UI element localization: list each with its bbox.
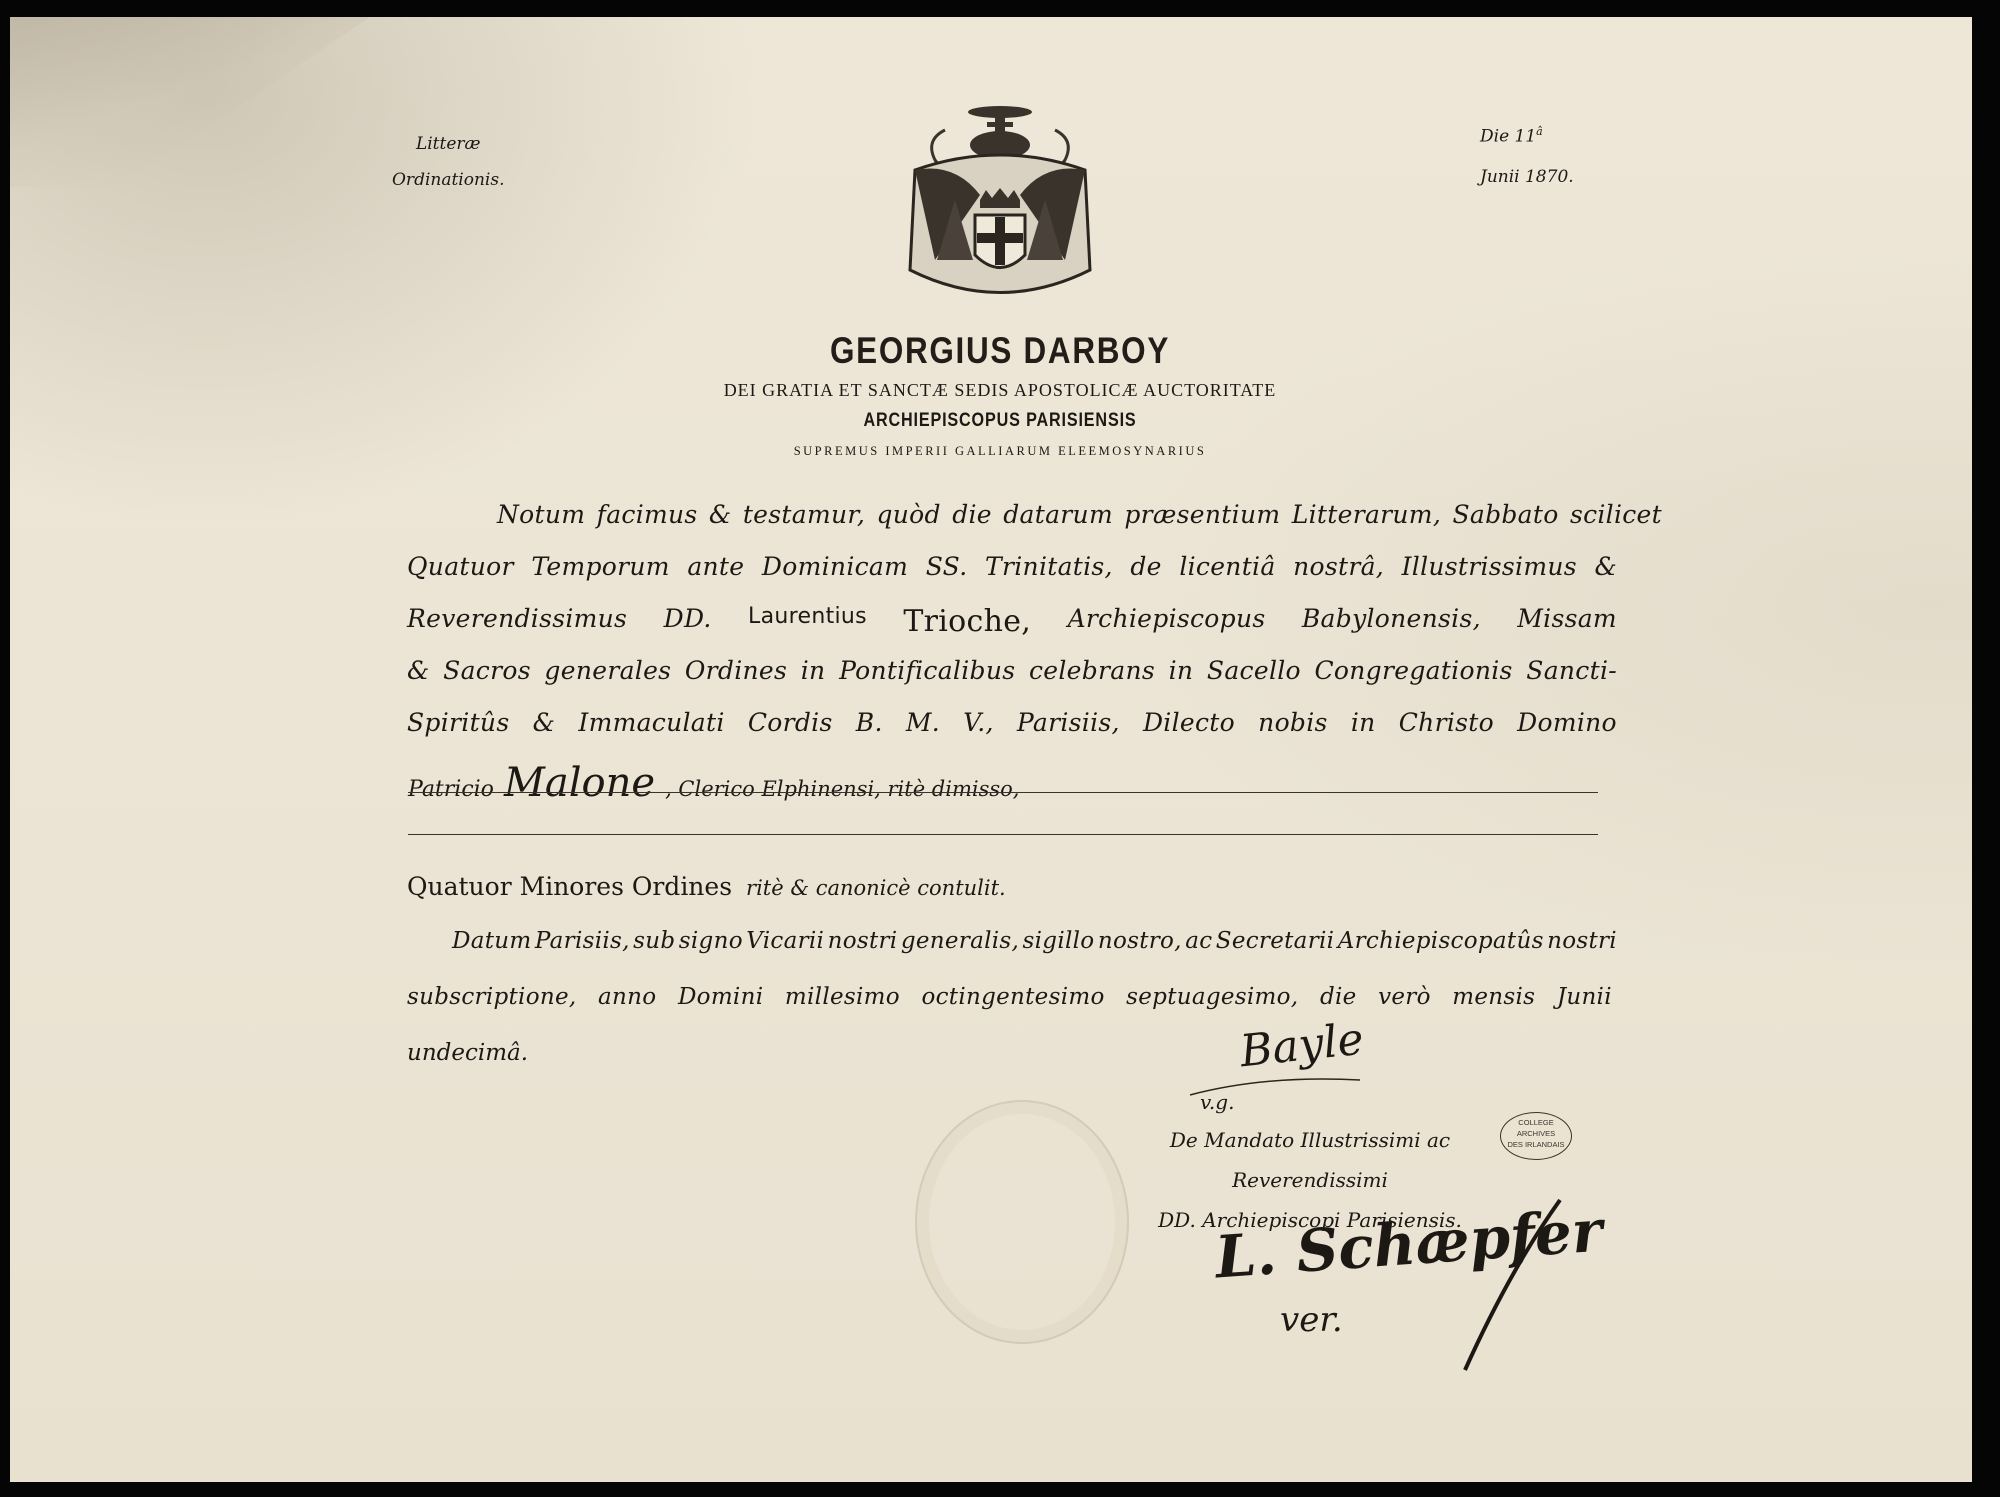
body-line-1: Notumfacimus&testamur,quòddiedatarumpræs… [452, 500, 1662, 529]
closing-line-3: undecimâ. [407, 1040, 528, 1066]
fill-line-2 [408, 834, 1598, 835]
date-month-year: Junii 1870. [1480, 157, 1574, 197]
almoner-office: SUPREMUS IMPERII GALLIARUM ELEEMOSYNARIU… [0, 444, 2000, 459]
recipient-handwritten: PatricioMalone, Clerico Elphinensi, ritè… [408, 760, 1019, 806]
vicar-title: v.g. [1200, 1090, 1234, 1114]
date-day-superscript: â [1536, 125, 1543, 138]
embossed-seal-icon [915, 1100, 1129, 1344]
signature-stroke-icon [1450, 1190, 1570, 1380]
corner-note-right-date: Die 11â Junii 1870. [1480, 112, 1574, 197]
archbishop-name: GEORGIUS DARBOY [150, 330, 1850, 372]
folded-corner-stain [10, 17, 370, 187]
date-day: Die 11 [1480, 127, 1536, 147]
body-line-4: &SacrosgeneralesOrdinesinPontificalibusc… [407, 656, 1617, 685]
orders-main: Quatuor Minores Ordines [407, 872, 732, 901]
secretary-title: ver. [1280, 1300, 1343, 1340]
orders-rest: ritè & canonicè contulit. [746, 876, 1006, 900]
archive-stamp: COLLEGE ARCHIVES DES IRLANDAIS [1500, 1112, 1572, 1160]
recipient-diocese: , Clerico Elphinensi, ritè dimisso, [665, 777, 1019, 801]
grace-line: DEI GRATIA ET SANCTÆ SEDIS APOSTOLICÆ AU… [0, 380, 2000, 401]
body-line-2: QuatuorTemporumanteDominicamSS.Trinitati… [407, 552, 1617, 581]
closing-line-2: subscriptione,annoDominimillesimooctinge… [407, 984, 1612, 1010]
archbishop-title: ARCHIEPISCOPUS PARISIENSIS [150, 410, 1850, 432]
body-line-3: ReverendissimusDD.LaurentiusTrioche,Arch… [407, 604, 1617, 639]
corner-left-line-1: Litteræ [392, 126, 504, 162]
recipient-surname: Malone [504, 760, 655, 806]
coat-of-arms-icon [895, 100, 1105, 315]
corner-note-left: Litteræ Ordinationis. [392, 126, 504, 198]
corner-left-line-2: Ordinationis. [392, 162, 504, 198]
recipient-first-name: Patricio [408, 777, 494, 802]
closing-line-1: DatumParisiis,subsignoVicariinostrigener… [452, 928, 1617, 954]
orders-conferred: Quatuor Minores Ordinesritè & canonicè c… [407, 872, 1006, 901]
body-line-5: Spiritûs&ImmaculatiCordisB.M.V.,Parisiis… [407, 708, 1617, 737]
mandate-line-1: De Mandato Illustrissimi ac Reverendissi… [1120, 1120, 1500, 1200]
fill-line-1 [408, 792, 1598, 793]
